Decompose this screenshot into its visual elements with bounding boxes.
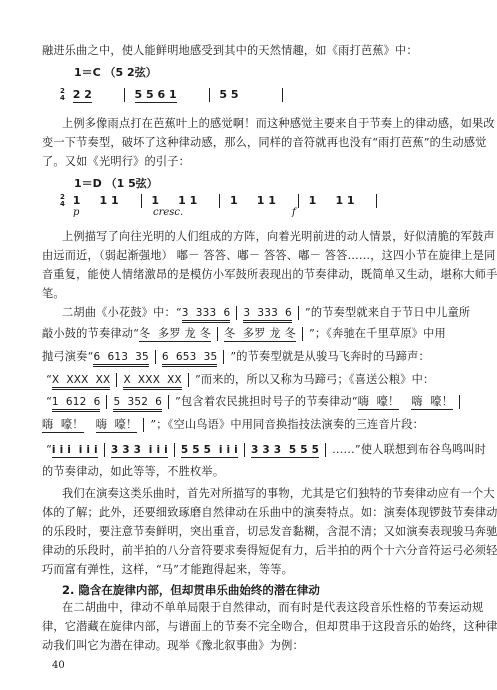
bar-line: [298, 306, 299, 320]
dynamic-marking-p: p: [73, 207, 79, 218]
paragraph-line-inline-notation: “1 612 65 352 6”包含着农民挑担时号子的节奏律动“嗨 嚎！嗨 嚎！: [46, 395, 466, 409]
measure: 3 333 6: [182, 307, 231, 323]
time-signature: 24: [60, 194, 65, 208]
measure: 1 612 6: [52, 396, 101, 412]
drum-syllables-measure: 冬 多罗 龙 冬: [139, 327, 211, 342]
bar-line: [155, 350, 156, 364]
bar-line: [282, 88, 283, 102]
bar-line: [168, 395, 169, 409]
paragraph-line: 在二胡曲中，律动不单单局限于自然律动，而有时是代表这段音乐性格的节奏运动规: [62, 601, 483, 615]
bar-line: [459, 395, 460, 409]
paragraph-line-inline-notation: “X XXX XXX XXX XX”而来的，所以又称为马蹄弓；《喜送公粮》中：: [46, 373, 434, 387]
paragraph-line: 了。又如《光明行》的引子：: [42, 155, 190, 169]
measure: 1 1 1: [230, 194, 276, 207]
paragraph-line: 的节奏律动，如此等等，不胜枚举。: [42, 465, 224, 479]
section-heading: 2. 隐含在旋律内部，但却贯串乐曲始终的潜在律动: [62, 582, 320, 598]
bar-line: [302, 327, 303, 341]
dynamic-marking-f: f: [292, 207, 296, 218]
bar-line: [244, 443, 245, 457]
text-segment: ”而来的，所以又称为马蹄弓；《喜送公粮》中：: [195, 373, 434, 386]
paragraph-line-inline-notation: 二胡曲《小花鼓》中：“3 333 63 333 6”的节奏型就来自于节日中儿童所: [62, 306, 470, 320]
hai-hao-syllable: 嗨 嚎！: [358, 395, 400, 410]
paragraph-line: 笔。: [42, 287, 65, 301]
key-signature: 1＝C （5 2弦）: [74, 66, 157, 80]
key-signature: 1＝D （1 5弦）: [74, 177, 158, 191]
paragraph-line: 融进乐曲之中，使人能鲜明地感受到其中的天然情趣，如《雨打芭蕉》中：: [42, 44, 418, 58]
bar-line: [104, 443, 105, 457]
bar-line: [209, 88, 210, 102]
paragraph-line: 巧而富有弹性，这样，“马”才能跑得起来，等等。: [42, 563, 293, 577]
text-segment: 二胡曲《小花鼓》中：“: [62, 306, 182, 319]
paragraph-line-inline-notation: “i i i i i i3 3 3 i i i5 5 5 i i i3 3 3 …: [46, 443, 486, 457]
paragraph-line-inline-notation: 敲小鼓的节奏律动“冬 多罗 龙 冬冬 多罗 龙 冬”；《奔驰在千里草原》中用: [42, 327, 446, 341]
measure: 3 333 6: [243, 307, 292, 323]
triplet-measure: 5 5 5 i i i: [181, 444, 238, 458]
measure: 6 653 35: [162, 351, 217, 367]
dynamic-marking-cresc: cresc.: [153, 207, 183, 218]
paragraph-line: 体的了解；此外，还要细致琢磨自然律动在乐曲中的演奏特点。如：演奏体现锣鼓节奏律动: [42, 506, 497, 520]
paragraph-line: 上例描写了向往光明的人们组成的方阵，向着光明前进的动人情景，好似清脆的军鼓声: [62, 230, 495, 244]
measure: X XXX XX: [52, 374, 111, 390]
bar-line: [217, 327, 218, 341]
bar-line: [174, 443, 175, 457]
measure: 5 5 6 1: [135, 88, 177, 103]
notation-example-yu-da-ba-jiao: 24 2 2 5 5 6 1 5 5: [60, 88, 289, 102]
text-segment: 抛弓演奏“: [42, 350, 93, 363]
triplet-measure: 3 3 3 5 5 5: [251, 444, 319, 458]
paragraph-line-inline-notation: 嗨 嚎！嗨 嚎！”；《空山鸟语》中用同音换指技法演奏的三连音片段：: [42, 418, 424, 432]
measure: 2 2: [73, 88, 92, 103]
time-signature: 24: [60, 88, 65, 102]
paragraph-line: 律，它潜藏在旋律内部，与谱面上的节奏不完全吻合，但却贯串于这段音乐的始终，这种律: [42, 620, 497, 634]
text-segment: ”包含着农民挑担时号子的节奏律动“: [175, 395, 358, 408]
paragraph-line: 我们在演奏这类乐曲时，首先对所描写的事物，尤其是它们独特的节奏律动应有一个大: [62, 487, 495, 501]
text-segment: ”；《空山鸟语》中用同音换指技法演奏的三连音片段：: [150, 418, 424, 431]
paragraph-line-inline-notation: 抛弓演奏“6 613 356 653 35”的节奏型就是从骏马飞奔时的马蹄声：: [42, 350, 430, 364]
triplet-measure: 3 3 3 i i i: [111, 444, 168, 458]
paragraph-line: 音重复，能使人情绪激昂的是模仿小军鼓所表现出的节奏律动，既简单又生动，堪称大师手: [42, 268, 497, 282]
page-number: 40: [52, 660, 65, 671]
measure: 5 5: [219, 88, 238, 101]
text-segment: ”的节奏型就来自于节日中儿童所: [305, 306, 470, 319]
text-segment: 敲小鼓的节奏律动“: [42, 327, 139, 340]
bar-line: [298, 194, 299, 208]
measure: 5 352 6: [113, 396, 162, 412]
bar-line: [124, 88, 125, 102]
measure: 6 613 35: [93, 351, 148, 367]
measure: 1 1 1: [151, 194, 197, 207]
notation-example-guang-ming-xing: 24 1 1 1 1 1 1 1 1 1 1 1 1: [60, 194, 383, 208]
bar-line: [116, 373, 117, 387]
text-segment: ……”使人联想到布谷鸟鸣叫时: [332, 443, 486, 456]
bar-line: [143, 418, 144, 432]
bar-line: [223, 350, 224, 364]
bar-line: [325, 443, 326, 457]
paragraph-line: 上例多像雨点打在芭蕉叶上的感觉啊！而这种感觉主要来自于节奏上的律动感，如果改: [62, 117, 495, 131]
hai-hao-syllable: 嗨 嚎！: [42, 418, 84, 433]
hai-hao-syllable: 嗨 嚎！: [411, 395, 453, 410]
text-segment: ”；《奔驰在千里草原》中用: [309, 327, 446, 340]
bar-line: [236, 306, 237, 320]
paragraph-line: 动我们叫它为潜在律动。现举《豫北叙事曲》为例：: [42, 639, 304, 653]
bar-line: [188, 373, 189, 387]
paragraph-line: 由远而近，（弱起渐强地） 嘟－ 答答、嘟－ 答答、嘟－ 答答……，这四小节在旋律…: [42, 249, 496, 263]
paragraph-line: 的乐段时，要注意节奏鲜明，突出重音，切忌发音黏糊，含混不清；又如演奏表现骏马奔驰: [42, 525, 497, 539]
measure: X XXX XX: [123, 374, 182, 390]
bar-line: [141, 194, 142, 208]
measure: 1 1 1: [309, 194, 355, 207]
paragraph-line: 变一下节奏型，破坏了这种律动感，那么，同样的音符就再也没有“雨打芭蕉”的生动感觉: [42, 136, 487, 150]
bar-line: [376, 194, 377, 208]
paragraph-line: 律动的乐段时，前半拍的八分音符要求奏得短促有力，后半拍的两个十六分音符运弓必须轻: [42, 544, 497, 558]
drum-syllables-measure: 冬 多罗 龙 冬: [224, 327, 296, 342]
measure: 1 1 1: [73, 194, 119, 207]
bar-line: [106, 395, 107, 409]
bar-line: [219, 194, 220, 208]
triplet-measure: i i i i i i: [52, 444, 98, 458]
hai-hao-syllable: 嗨 嚎！: [96, 418, 138, 433]
text-segment: ”的节奏型就是从骏马飞奔时的马蹄声：: [230, 350, 430, 363]
